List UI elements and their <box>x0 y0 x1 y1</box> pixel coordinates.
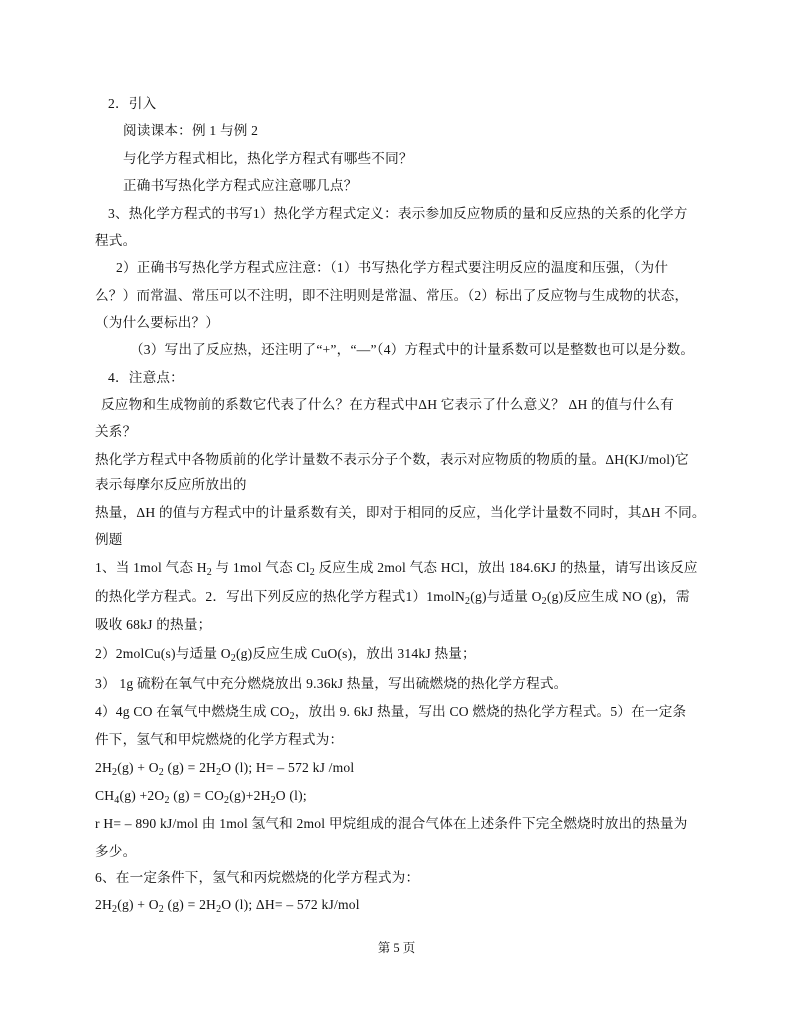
example-line: 6、在一定条件下，氢气和丙烷燃烧的化学方程式为： <box>95 869 419 887</box>
subscript: 2 <box>207 567 212 578</box>
text-line: （为什么要标出？） <box>95 314 219 332</box>
subscript: 2 <box>290 711 295 722</box>
section-heading-examples: 例题 <box>95 531 123 549</box>
document-page: 2．引入 阅读课本：例 1 与例 2 与化学方程式相比，热化学方程式有哪些不同？… <box>0 0 793 1020</box>
text-line: 与化学方程式相比，热化学方程式有哪些不同？ <box>123 150 413 168</box>
subscript: 2 <box>216 904 221 915</box>
example-line: 3） 1g 硫粉在氧气中充分燃烧放出 9.36kJ 热量，写出硫燃烧的热化学方程… <box>95 675 567 693</box>
subscript: 2 <box>231 653 236 664</box>
text-line: 热化学方程式中各物质前的化学计量数不表示分子个数，表示对应物质的物质的量。ΔH(… <box>95 451 689 469</box>
subscript: 2 <box>159 904 164 915</box>
text-line: 热量，ΔH 的值与方程式中的计量系数有关，即对于相同的反应，当化学计量数不同时，… <box>95 504 706 522</box>
text-line: （3）写出了反应热，还注明了“+”，“—”（4）方程式中的计量系数可以是整数也可… <box>130 341 694 359</box>
subscript: 2 <box>112 767 117 778</box>
text-line: 程式。 <box>95 232 136 250</box>
example-line: 的热化学方程式。2．写出下列反应的热化学方程式1）1molN2(g)与适量 O2… <box>95 588 690 606</box>
text-line: 么？）而常温、常压可以不注明，即不注明则是常温、常压。（2）标出了反应物与生成物… <box>95 287 688 305</box>
section-heading-intro: 2．引入 <box>108 95 156 113</box>
equation-line: 2H2(g) + O2 (g) = 2H2O (l); ΔH= – 572 kJ… <box>95 896 360 914</box>
text-line: 正确书写热化学方程式应注意哪几点？ <box>123 177 358 195</box>
equation-line: CH4(g) +2O2 (g) = CO2(g)+2H2O (l); <box>95 787 307 805</box>
text-line: 表示每摩尔反应所放出的 <box>95 476 247 494</box>
subscript: 2 <box>216 767 221 778</box>
text-line: 反应物和生成物前的系数它代表了什么？在方程式中ΔH 它表示了什么意义？ ΔH 的… <box>101 396 674 414</box>
subscript: 2 <box>271 795 276 806</box>
subscript: 2 <box>542 596 547 607</box>
example-line: 件下，氢气和甲烷燃烧的化学方程式为： <box>95 731 343 749</box>
section-heading-notes: 4．注意点： <box>108 369 184 387</box>
section-heading-writing: 3、热化学方程式的书写1）热化学方程式定义：表示参加反应物质的量和反应热的关系的… <box>108 205 688 223</box>
subscript: 2 <box>465 596 470 607</box>
subscript: 2 <box>164 795 169 806</box>
example-line: 多少。 <box>95 843 136 861</box>
subscript: 4 <box>114 795 119 806</box>
text-line: 2）正确书写热化学方程式应注意：（1）书写热化学方程式要注明反应的温度和压强，（… <box>116 259 668 277</box>
example-line: 4）4g CO 在氧气中燃烧生成 CO2，放出 9. 6kJ 热量，写出 CO … <box>95 703 686 721</box>
subscript: 2 <box>112 904 117 915</box>
example-line: 2）2molCu(s)与适量 O2(g)反应生成 CuO(s)，放出 314kJ… <box>95 645 476 663</box>
subscript: 2 <box>224 795 229 806</box>
equation-line: 2H2(g) + O2 (g) = 2H2O (l); H= – 572 kJ … <box>95 759 354 777</box>
text-line: 阅读课本：例 1 与例 2 <box>123 122 258 140</box>
example-line: r H= – 890 kJ/mol 由 1mol 氢气和 2mol 甲烷组成的混… <box>95 815 688 833</box>
example-line: 1、当 1mol 气态 H2 与 1mol 气态 Cl2 反应生成 2mol 气… <box>95 559 698 577</box>
example-line: 吸收 68kJ 的热量； <box>95 616 211 634</box>
text-line: 关系？ <box>95 423 136 441</box>
subscript: 2 <box>310 567 315 578</box>
subscript: 2 <box>159 767 164 778</box>
page-number: 第 5 页 <box>0 938 793 956</box>
